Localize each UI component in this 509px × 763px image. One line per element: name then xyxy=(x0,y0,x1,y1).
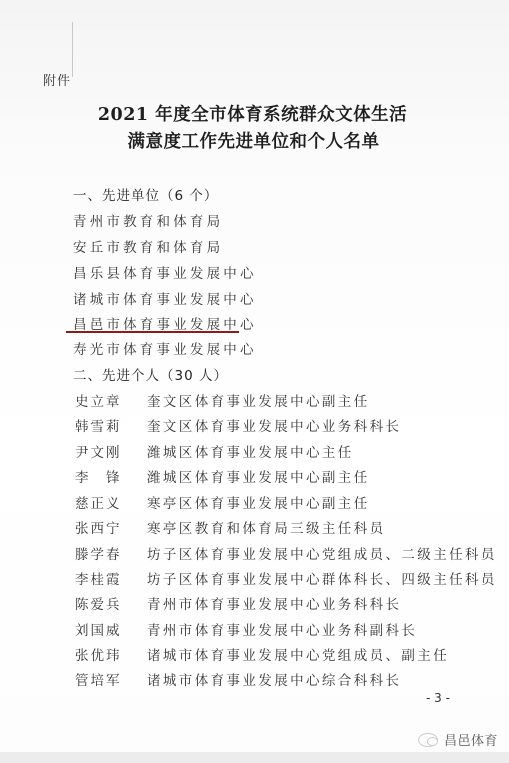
person-name: 尹文刚 xyxy=(75,441,147,461)
person-row: 刘国威 青州市体育事业发展中心业务科副科长 xyxy=(75,619,417,639)
bottom-bar xyxy=(0,752,509,763)
wechat-icon xyxy=(418,733,438,747)
person-name: 史立章 xyxy=(75,390,147,410)
person-role: 坊子区体育事业发展中心党组成员、二级主任科员 xyxy=(147,543,497,563)
section-heading-individuals: 二、先进个人（30 人） xyxy=(73,364,228,384)
person-name: 管培军 xyxy=(75,669,147,689)
unit-item: 寿光市体育事业发展中心 xyxy=(73,338,257,358)
person-row: 管培军 诸城市体育事业发展中心综合科科长 xyxy=(75,669,401,689)
person-role: 青州市体育事业发展中心业务科科长 xyxy=(147,593,401,613)
person-row: 尹文刚 潍城区体育事业发展中心主任 xyxy=(75,441,354,461)
person-role: 诸城市体育事业发展中心党组成员、副主任 xyxy=(147,644,449,664)
person-row: 慈正义 寒亭区体育事业发展中心副主任 xyxy=(75,492,370,512)
person-name: 李桂霞 xyxy=(75,568,147,588)
person-role: 坊子区体育事业发展中心群体科长、四级主任科员 xyxy=(147,568,497,588)
person-row: 韩雪莉 奎文区体育事业发展中心业务科科长 xyxy=(75,415,401,435)
person-name: 陈爱兵 xyxy=(75,593,147,613)
unit-item-highlighted: 昌邑市体育事业发展中心 xyxy=(73,313,257,333)
person-role: 潍城区体育事业发展中心主任 xyxy=(147,441,354,461)
document-page: 附件 2021 年度全市体育系统群众文体生活 满意度工作先进单位和个人名单 一、… xyxy=(0,0,509,752)
person-role: 诸城市体育事业发展中心综合科科长 xyxy=(147,669,401,689)
person-role: 奎文区体育事业发展中心副主任 xyxy=(147,390,370,410)
person-role: 潍城区体育事业发展中心副主任 xyxy=(147,466,370,486)
person-name: 张西宁 xyxy=(75,517,147,537)
watermark: 昌邑体育 xyxy=(418,730,498,749)
unit-item: 安丘市教育和体育局 xyxy=(73,236,223,256)
attachment-label: 附件 xyxy=(43,70,71,89)
highlight-underline xyxy=(66,331,239,333)
person-row: 陈爱兵 青州市体育事业发展中心业务科科长 xyxy=(75,593,401,613)
person-row: 张优玮 诸城市体育事业发展中心党组成员、副主任 xyxy=(75,644,449,664)
section-heading-units: 一、先进单位（6 个） xyxy=(73,184,218,204)
person-row: 滕学春 坊子区体育事业发展中心党组成员、二级主任科员 xyxy=(75,543,497,563)
person-row: 史立章 奎文区体育事业发展中心副主任 xyxy=(75,390,370,410)
unit-item: 青州市教育和体育局 xyxy=(73,210,223,230)
person-name: 李 锋 xyxy=(75,466,147,486)
person-name: 韩雪莉 xyxy=(75,415,147,435)
unit-item: 昌乐县体育事业发展中心 xyxy=(73,262,257,282)
person-role: 寒亭区教育和体育局三级主任科员 xyxy=(147,517,386,537)
person-role: 奎文区体育事业发展中心业务科科长 xyxy=(147,415,401,435)
person-name: 滕学春 xyxy=(75,543,147,563)
person-row: 张西宁 寒亭区教育和体育局三级主任科员 xyxy=(75,517,386,537)
person-role: 寒亭区体育事业发展中心副主任 xyxy=(147,492,370,512)
person-name: 张优玮 xyxy=(75,644,147,664)
document-title-line1: 2021 年度全市体育系统群众文体生活 xyxy=(0,101,507,126)
fold-mark xyxy=(72,22,73,77)
person-name: 刘国威 xyxy=(75,619,147,639)
page-number: - 3 - xyxy=(426,691,450,705)
person-name: 慈正义 xyxy=(75,492,147,512)
document-title-line2: 满意度工作先进单位和个人名单 xyxy=(0,128,508,153)
person-role: 青州市体育事业发展中心业务科副科长 xyxy=(147,619,417,639)
unit-item: 诸城市体育事业发展中心 xyxy=(73,288,257,308)
person-row: 李桂霞 坊子区体育事业发展中心群体科长、四级主任科员 xyxy=(75,568,497,588)
watermark-label: 昌邑体育 xyxy=(444,730,498,749)
person-row: 李 锋 潍城区体育事业发展中心副主任 xyxy=(75,466,370,486)
